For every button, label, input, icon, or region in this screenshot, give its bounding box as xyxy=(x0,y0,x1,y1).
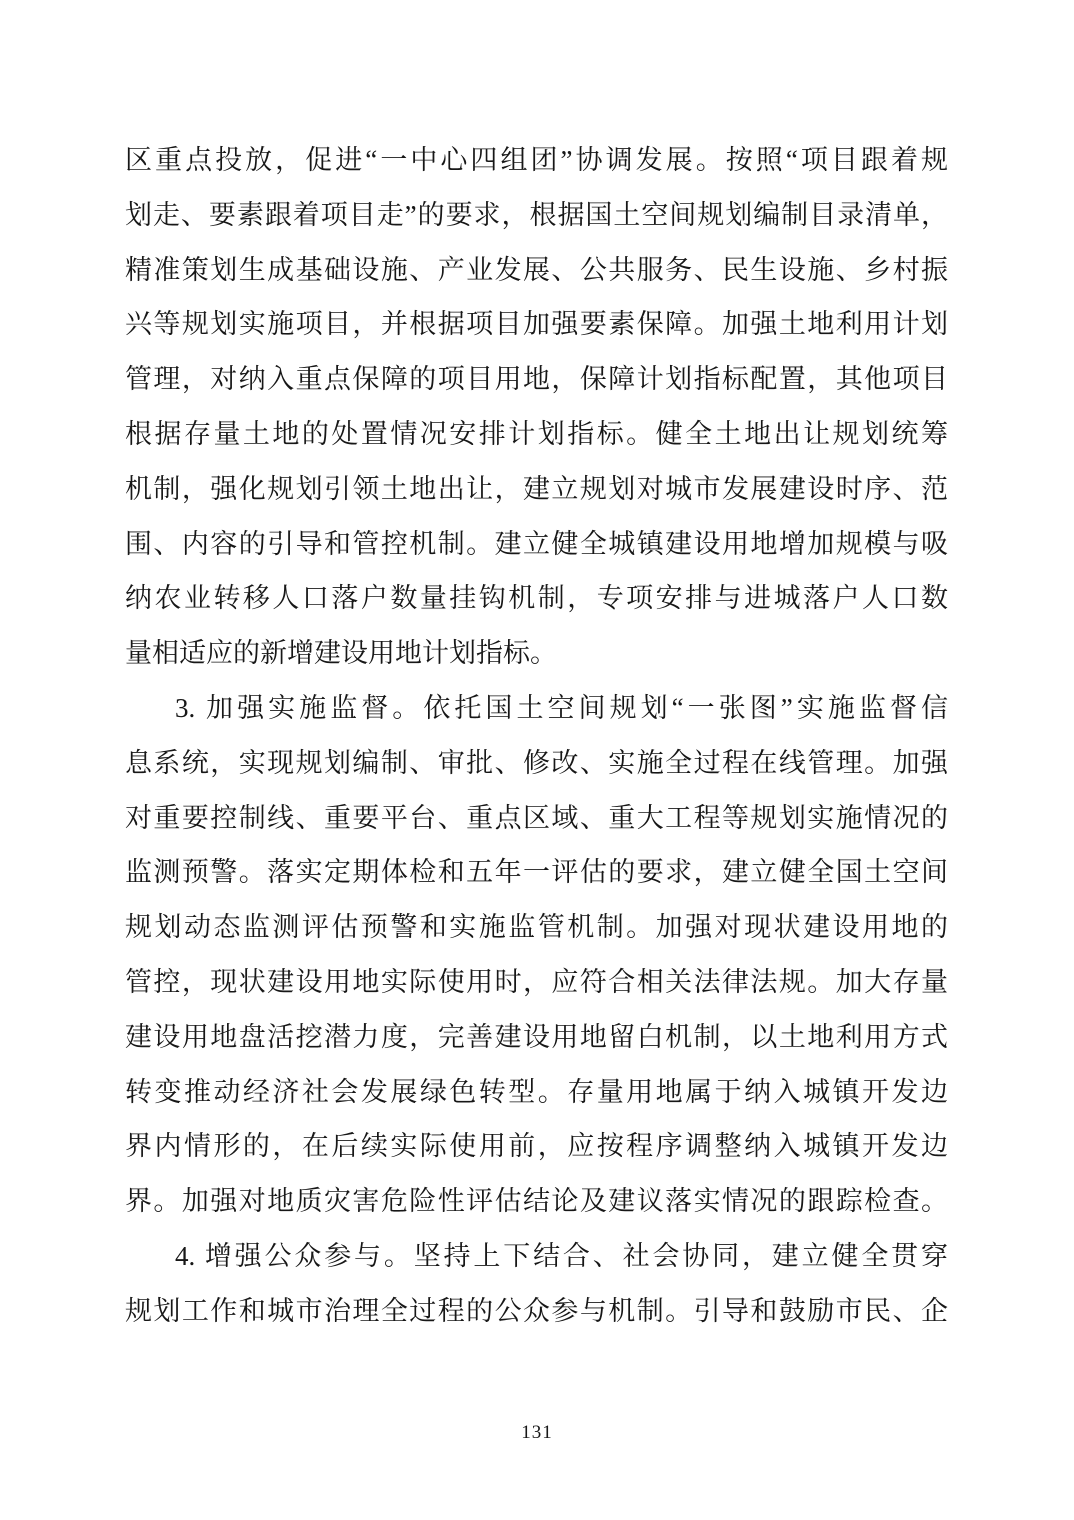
text-line: 管控，现状建设用地实际使用时，应符合相关法律法规。加大存量 xyxy=(125,955,948,1010)
text-line: 机制，强化规划引领土地出让，建立规划对城市发展建设时序、范 xyxy=(125,462,948,517)
text-line: 监测预警。落实定期体检和五年一评估的要求，建立健全国土空间 xyxy=(125,845,948,900)
text-line: 精准策划生成基础设施、产业发展、公共服务、民生设施、乡村振 xyxy=(125,243,948,298)
text-line: 规划动态监测评估预警和实施监管机制。加强对现状建设用地的 xyxy=(125,900,948,955)
document-body-text: 区重点投放，促进“一中心四组团”协调发展。按照“项目跟着规划走、要素跟着项目走”… xyxy=(125,133,948,1339)
text-line: 4. 增强公众参与。坚持上下结合、社会协同，建立健全贯穿 xyxy=(125,1229,948,1284)
text-line: 息系统，实现规划编制、审批、修改、实施全过程在线管理。加强 xyxy=(125,736,948,791)
text-line: 兴等规划实施项目，并根据项目加强要素保障。加强土地利用计划 xyxy=(125,297,948,352)
text-line: 建设用地盘活挖潜力度，完善建设用地留白机制，以土地利用方式 xyxy=(125,1010,948,1065)
text-line: 界。加强对地质灾害危险性评估结论及建议落实情况的跟踪检查。 xyxy=(125,1174,948,1229)
text-line: 转变推动经济社会发展绿色转型。存量用地属于纳入城镇开发边 xyxy=(125,1065,948,1120)
text-line: 区重点投放，促进“一中心四组团”协调发展。按照“项目跟着规 xyxy=(125,133,948,188)
page-number: 131 xyxy=(0,1422,1074,1444)
text-line: 围、内容的引导和管控机制。建立健全城镇建设用地增加规模与吸 xyxy=(125,517,948,572)
text-line: 根据存量土地的处置情况安排计划指标。健全土地出让规划统筹 xyxy=(125,407,948,462)
text-line: 划走、要素跟着项目走”的要求，根据国土空间规划编制目录清单， xyxy=(125,188,948,243)
text-line: 对重要控制线、重要平台、重点区域、重大工程等规划实施情况的 xyxy=(125,791,948,846)
document-page: 区重点投放，促进“一中心四组团”协调发展。按照“项目跟着规划走、要素跟着项目走”… xyxy=(0,0,1074,1520)
text-line: 量相适应的新增建设用地计划指标。 xyxy=(125,626,948,681)
text-line: 界内情形的，在后续实际使用前，应按程序调整纳入城镇开发边 xyxy=(125,1119,948,1174)
text-line: 规划工作和城市治理全过程的公众参与机制。引导和鼓励市民、企 xyxy=(125,1284,948,1339)
text-line: 纳农业转移人口落户数量挂钩机制，专项安排与进城落户人口数 xyxy=(125,571,948,626)
text-line: 3. 加强实施监督。依托国土空间规划“一张图”实施监督信 xyxy=(125,681,948,736)
text-line: 管理，对纳入重点保障的项目用地，保障计划指标配置，其他项目 xyxy=(125,352,948,407)
